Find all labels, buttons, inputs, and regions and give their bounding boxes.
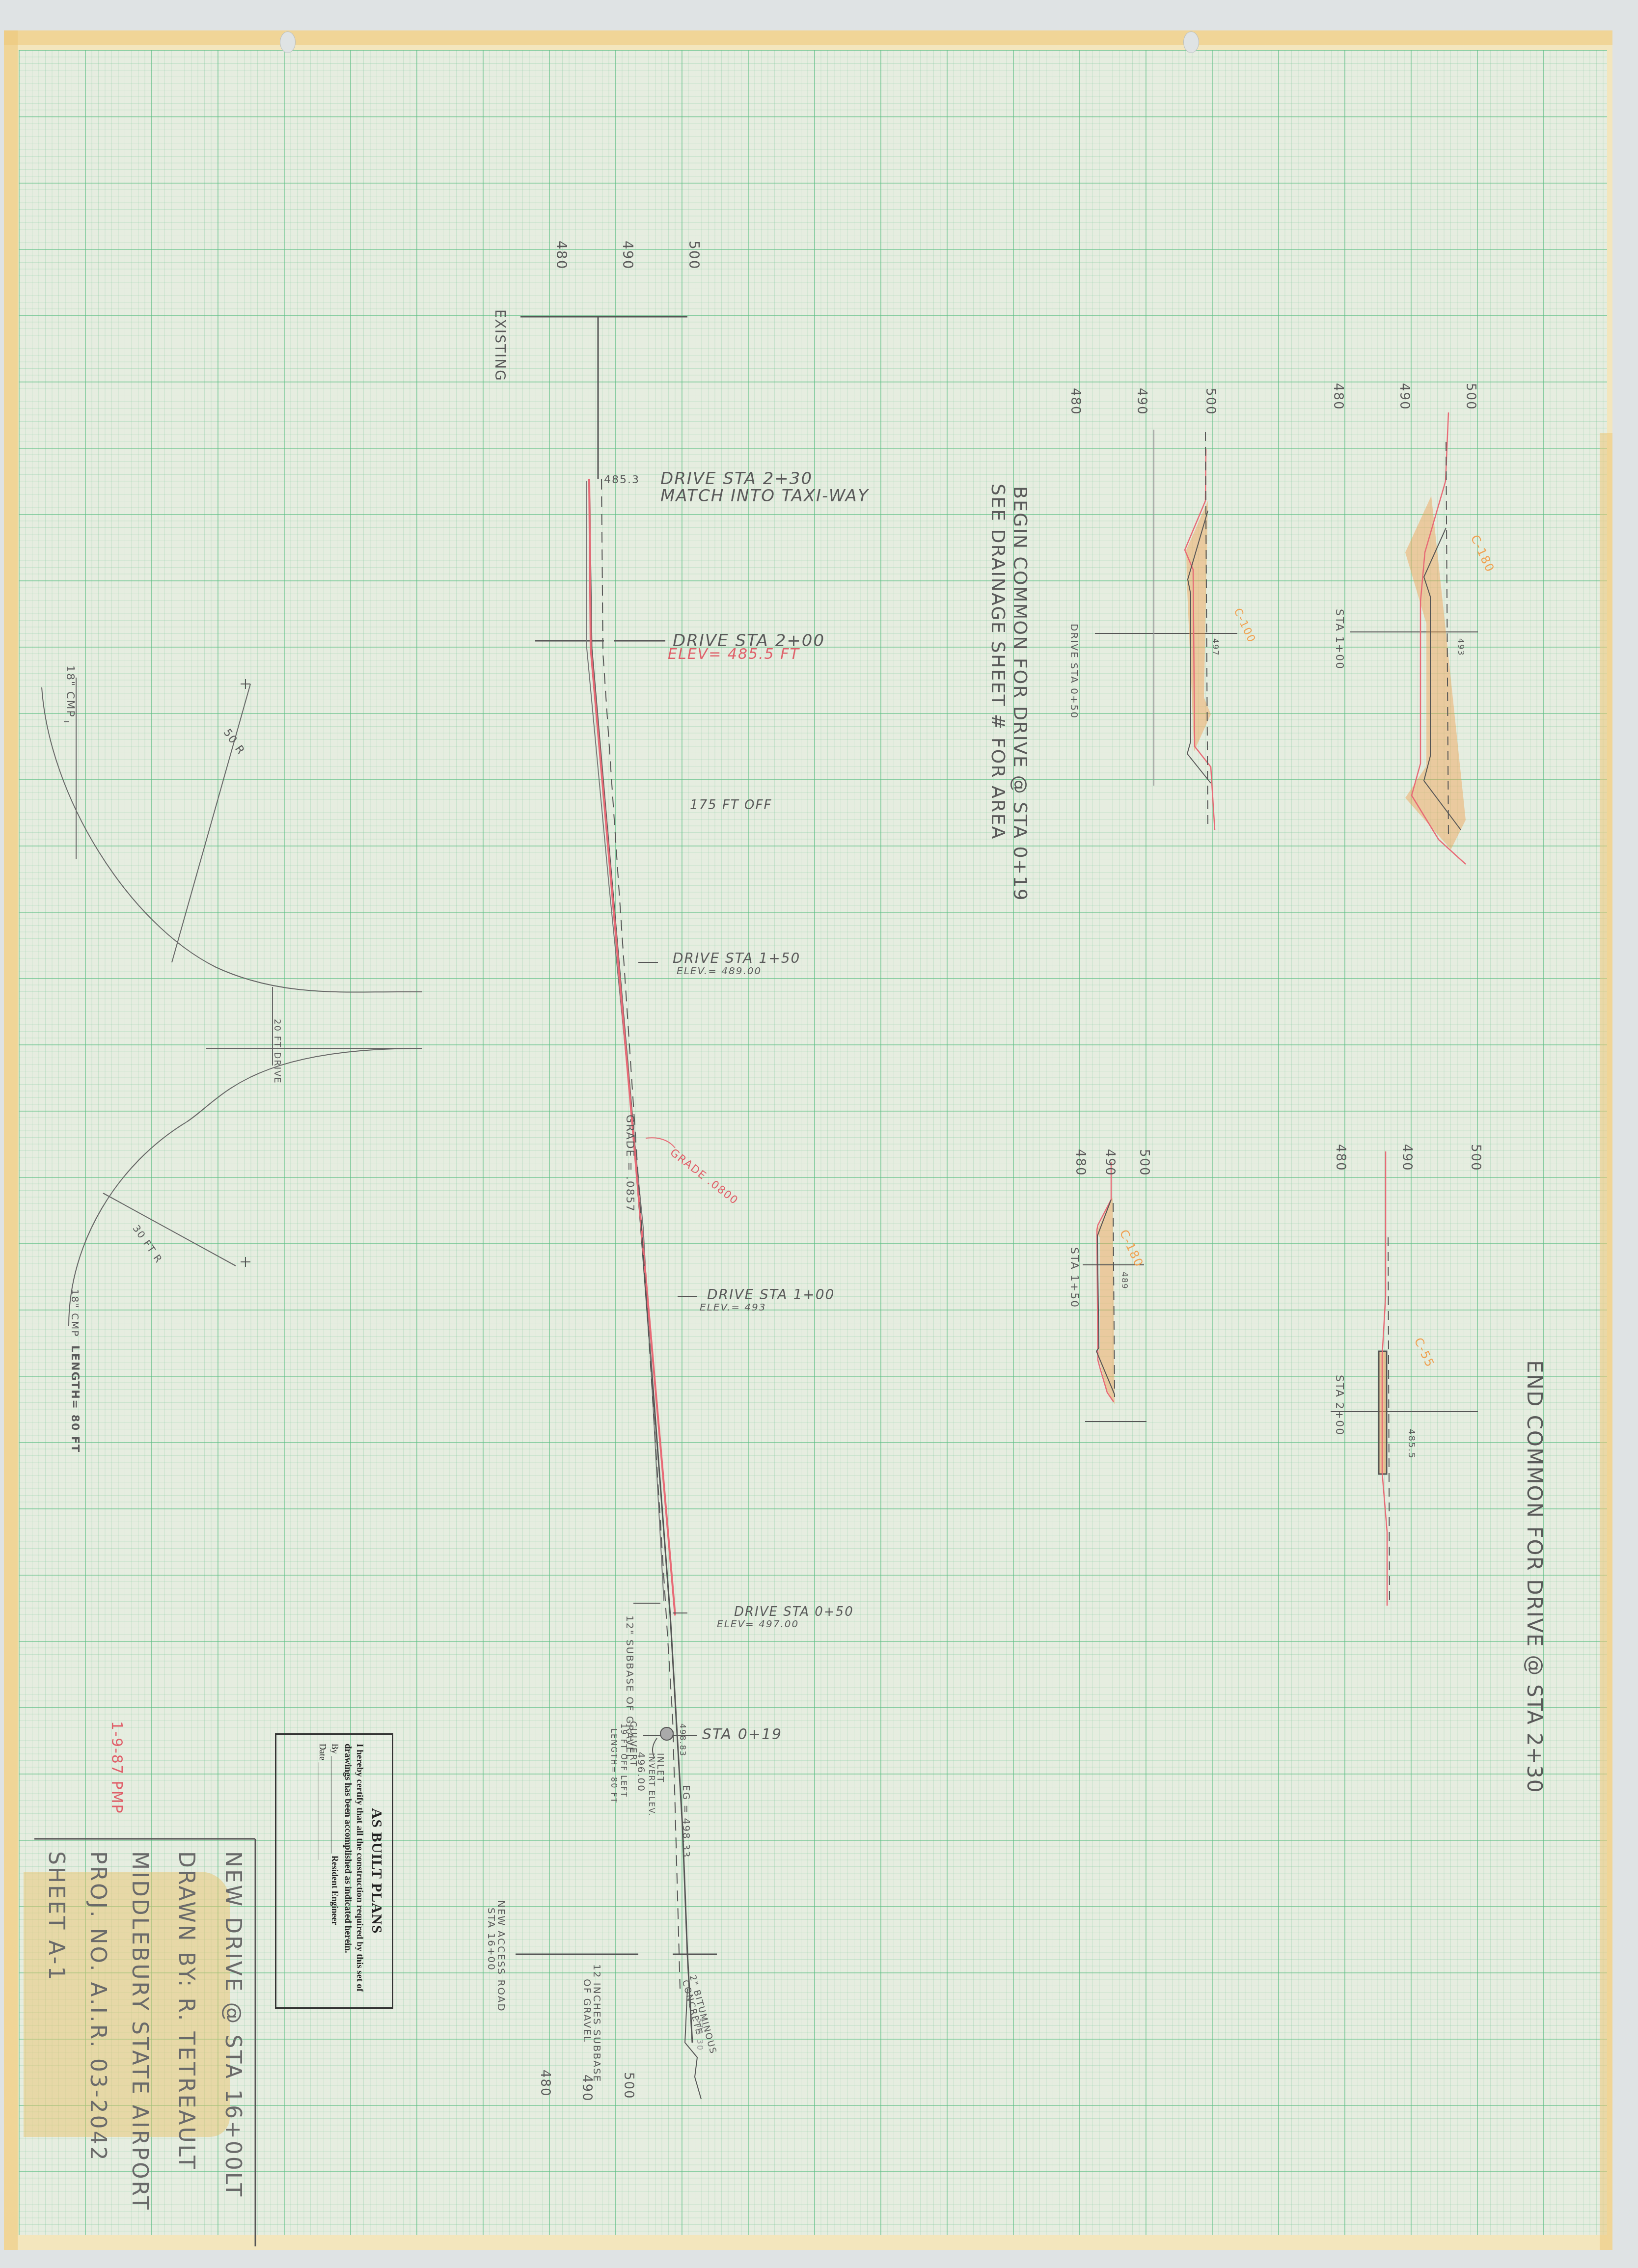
title-line-project: NEW DRIVE @ STA 16+00LT: [220, 1851, 246, 2198]
xs-2100-station: STA 2+00: [1333, 1375, 1345, 1436]
drive-width-label: 20 FT DRIVE: [272, 1019, 282, 1084]
sta-150-label: DRIVE STA 1+50: [673, 950, 800, 966]
drawing-linework: [0, 0, 1638, 2268]
sta-230-sub: MATCH INTO TAXI-WAY: [660, 486, 869, 506]
begin-common-note: BEGIN COMMON FOR DRIVE @ STA 0+19: [1010, 486, 1031, 902]
xs-0050-axis-480: 480: [1068, 388, 1083, 415]
xs-0050-elev: 497: [1211, 638, 1220, 656]
title-line-project-no: PROJ. NO. A.I.R. 03-2042: [85, 1851, 110, 2162]
xs-1150-axis-500: 500: [1137, 1149, 1151, 1176]
cmp-lower-label: 18" CMP: [69, 1289, 81, 1337]
culvert-note-2: 19 FT OFF LEFT: [619, 1723, 628, 1798]
xs-2100-elev: 485.5: [1406, 1429, 1417, 1459]
stamp-body: I hereby certify that all the constructi…: [342, 1744, 365, 1998]
xs-1150-axis-490: 490: [1102, 1149, 1117, 1176]
xs-0050-station: DRIVE STA 0+50: [1068, 624, 1080, 719]
cmp-upper-label: 18" CMP: [64, 665, 76, 718]
stamp-by: By ______________________ Resident Engin…: [329, 1744, 340, 1998]
stamp-date-label: Date: [318, 1744, 328, 1760]
sta-019-label: STA 0+19: [702, 1726, 782, 1743]
profile-axis-bottom-480: 480: [538, 2070, 552, 2097]
date-initials: 1-9-87 PMP: [108, 1721, 125, 1814]
title-line-sheet: SHEET A-1: [44, 1851, 69, 1982]
xs-1100-axis-500: 500: [1463, 383, 1478, 410]
inlet-note-2: INVERT ELEV.: [647, 1753, 656, 1817]
see-drainage-note: SEE DRAINAGE SHEET # FOR AREA: [987, 484, 1009, 840]
xs-2100-axis-480: 480: [1333, 1144, 1348, 1172]
xs-0050-axis-490: 490: [1134, 388, 1149, 415]
xs-1100-elev: 493: [1456, 638, 1466, 656]
title-line-airport: MIDDLEBURY STATE AIRPORT: [127, 1851, 152, 2212]
cmp-length-label: LENGTH= 80 FT: [69, 1345, 81, 1453]
stamp-by-label: By: [330, 1744, 340, 1754]
profile-axis-bottom-490: 490: [579, 2075, 594, 2102]
gravel-note-2: OF GRAVEL: [581, 1979, 593, 2043]
profile-axis-bottom-500: 500: [621, 2072, 636, 2100]
profile-axis-500: 500: [686, 241, 702, 270]
sta-30-faint: STA 30: [695, 2018, 705, 2051]
stamp-date: Date ______________________: [317, 1744, 328, 1998]
profile-axis-490: 490: [620, 241, 636, 270]
xs-1150-lines: [1083, 1162, 1147, 1421]
offset-175-label: 175 FT OFF: [690, 798, 772, 813]
access-road-note-2: STA 16+00: [486, 1908, 497, 1971]
inlet-note-1: INLET: [655, 1753, 665, 1783]
sta-230-label: DRIVE STA 2+30: [660, 469, 813, 489]
xs-1100-station: STA 1+00: [1333, 609, 1345, 670]
inlet-note-3: 496.00: [635, 1752, 647, 1792]
xs-1100-axis-490: 490: [1397, 383, 1412, 410]
title-line-drawn-by: DRAWN BY: R. TETREAULT: [174, 1851, 199, 2171]
elev-498-83: 498.83: [678, 1723, 687, 1757]
eg-note: EG = 498.33: [681, 1785, 692, 1858]
xs-0050-axis-500: 500: [1203, 388, 1218, 415]
sta-050-label: DRIVE STA 0+50: [734, 1605, 854, 1619]
xs-0050-lines: [1095, 430, 1237, 830]
as-built-stamp: AS BUILT PLANS I hereby certify that all…: [275, 1733, 393, 2009]
existing-centerline-label: EXISTING: [492, 309, 508, 382]
xs-1100-axis-480: 480: [1331, 383, 1345, 410]
stamp-signature-role: Resident Engineer: [330, 1856, 340, 1925]
xs-2100-axis-500: 500: [1468, 1144, 1483, 1172]
end-common-note: END COMMON FOR DRIVE @ STA 2+30: [1523, 1360, 1547, 1793]
stamp-title: AS BUILT PLANS: [368, 1744, 385, 1998]
sta-100-elev: ELEV.= 493: [700, 1301, 766, 1313]
xs-1150-elev: 489: [1120, 1272, 1129, 1290]
sta-200-elev: ELEV= 485.5 FT: [668, 646, 800, 663]
xs-2100-axis-490: 490: [1399, 1144, 1414, 1172]
sta-150-elev: ELEV.= 489.00: [677, 965, 762, 977]
xs-1150-station: STA 1+50: [1068, 1247, 1080, 1308]
sta-050-elev: ELEV= 497.00: [717, 1618, 799, 1630]
xs-1150-axis-480: 480: [1073, 1149, 1088, 1176]
profile-axis-480: 480: [553, 241, 570, 270]
sta-100-label: DRIVE STA 1+00: [707, 1286, 835, 1303]
grade-black-label: GRADE = .0857: [624, 1115, 636, 1212]
culvert-note-3: LENGTH= 80 FT: [609, 1728, 619, 1803]
existing-elev-label: 485.3: [604, 474, 640, 486]
xs-2100-lines: [1331, 1151, 1478, 1606]
